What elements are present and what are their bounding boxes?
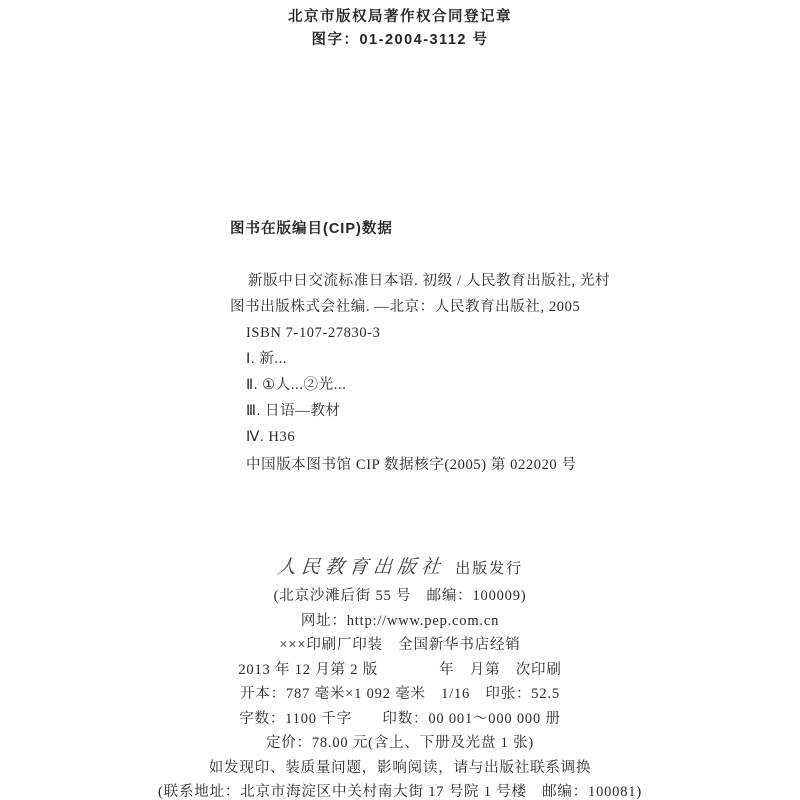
cip-isbn: ISBN 7-107-27830-3	[230, 320, 650, 346]
copyright-registration-block: 北京市版权局著作权合同登记章 图字：01-2004-3112 号	[0, 6, 800, 52]
cip-item-2: Ⅱ. ①人...②光...	[230, 372, 650, 398]
cip-entry-line-2: 图书出版株式会社编. —北京：人民教育出版社, 2005	[230, 294, 650, 320]
publisher-logo-script: 人民教育出版社	[275, 552, 446, 584]
publisher-website: 网址：http://www.pep.com.cn	[0, 609, 800, 634]
cip-heading: 图书在版编目(CIP)数据	[230, 220, 650, 238]
printer-distributor: ×××印刷厂印装 全国新华书店经销	[0, 633, 800, 658]
cip-record-number: 中国版本图书馆 CIP 数据核字(2005) 第 022020 号	[230, 452, 650, 478]
price: 定价：78.00 元(含上、下册及光盘 1 张)	[0, 731, 800, 756]
publisher-action-label: 出版发行	[455, 561, 523, 577]
cip-item-4: Ⅳ. H36	[230, 424, 650, 450]
registration-number: 图字：01-2004-3112 号	[0, 29, 800, 52]
quality-notice: 如发现印、装质量问题，影响阅读，请与出版社联系调换	[0, 756, 800, 781]
publisher-line: 人民教育出版社 出版发行	[0, 552, 800, 584]
contact-address: (联系地址：北京市海淀区中关村南大街 17 号院 1 号楼 邮编：100081)	[0, 780, 800, 800]
cip-item-1: Ⅰ. 新...	[230, 346, 650, 372]
cip-data-block: 图书在版编目(CIP)数据 新版中日交流标准日本语. 初级 / 人民教育出版社,…	[230, 220, 650, 478]
registration-title: 北京市版权局著作权合同登记章	[0, 6, 800, 29]
cip-entry-line-1: 新版中日交流标准日本语. 初级 / 人民教育出版社, 光村	[230, 268, 650, 294]
colophon-block: 人民教育出版社 出版发行 (北京沙滩后街 55 号 邮编：100009) 网址：…	[0, 552, 800, 800]
copyright-page: 北京市版权局著作权合同登记章 图字：01-2004-3112 号 图书在版编目(…	[0, 0, 800, 800]
format-sheets: 开本：787 毫米×1 092 毫米 1/16 印张：52.5	[0, 682, 800, 707]
cip-item-3: Ⅲ. 日语—教材	[230, 398, 650, 424]
edition-printing: 2013 年 12 月第 2 版 年 月第 次印刷	[0, 658, 800, 683]
wordcount-printrun: 字数：1100 千字 印数：00 001～000 000 册	[0, 707, 800, 732]
publisher-address: (北京沙滩后街 55 号 邮编：100009)	[0, 584, 800, 609]
